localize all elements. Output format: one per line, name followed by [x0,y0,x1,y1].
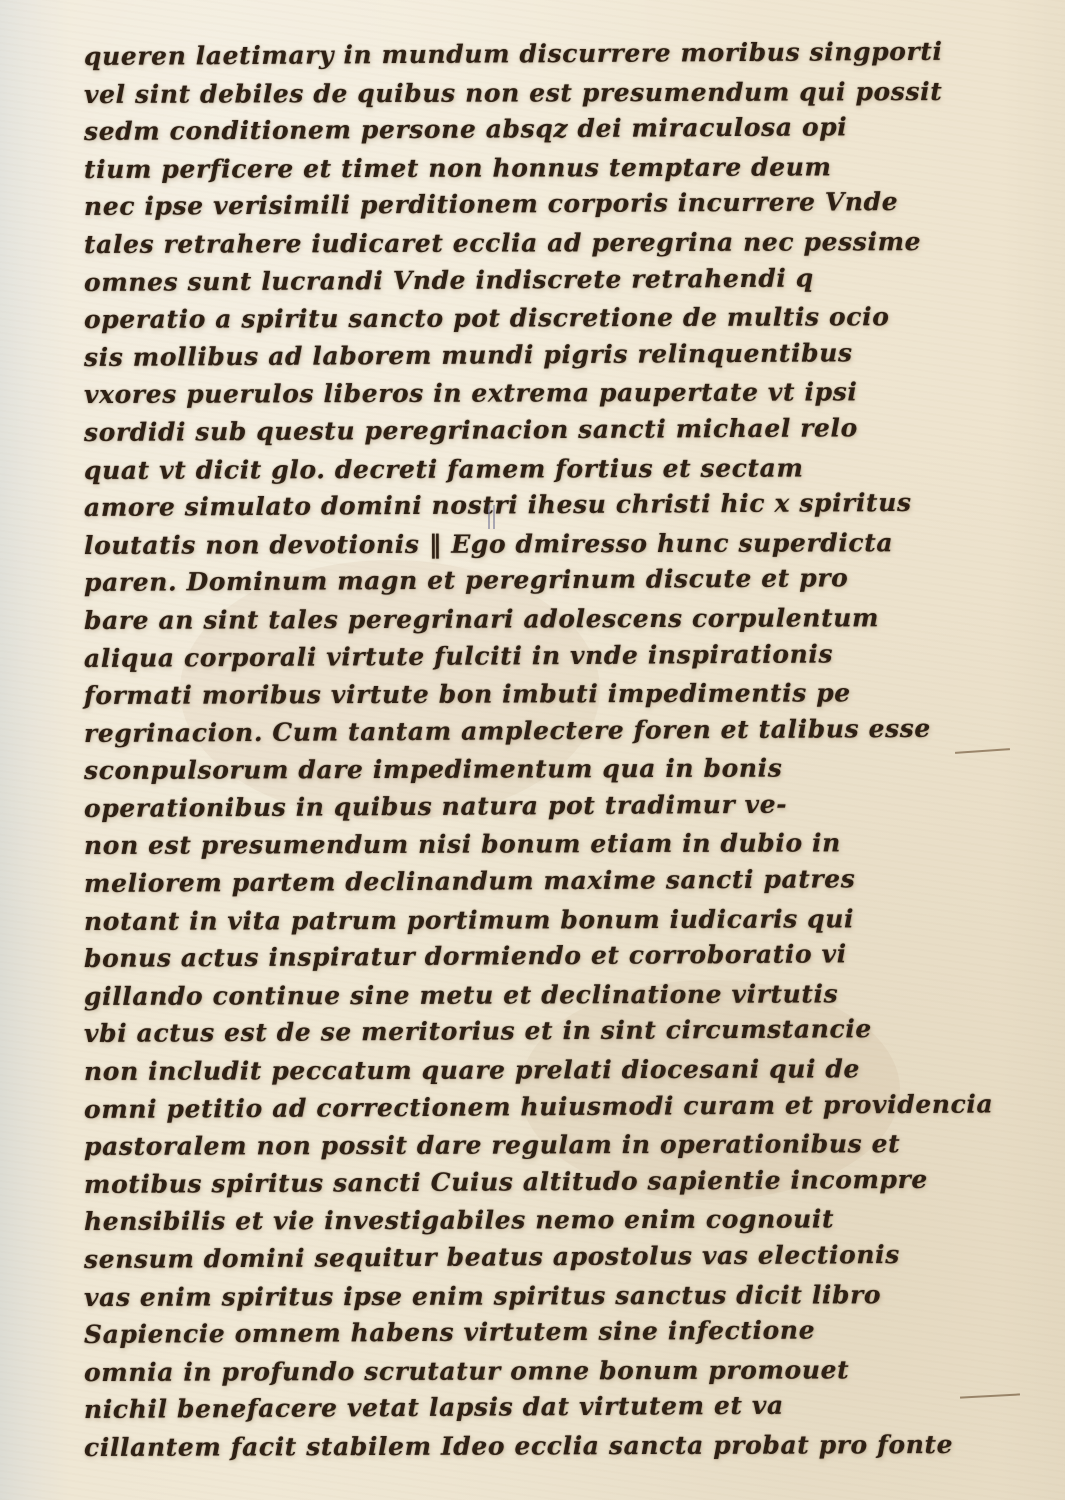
text-line: aliqua corporali virtute fulciti in vnde… [84,634,984,677]
text-line: vel sint debiles de quibus non est presu… [84,72,984,113]
text-line: queren laetimary in mundum discurrere mo… [84,33,984,76]
text-line: meliorem partem declinandum maxime sanct… [84,860,984,903]
text-line: sis mollibus ad laborem mundi pigris rel… [84,333,984,376]
text-line: regrinacion. Cum tantam amplectere foren… [84,709,984,752]
text-line: quat vt dicit glo. decreti famem fortius… [84,448,984,489]
text-line: omnia in profundo scrutatur omne bonum p… [84,1351,984,1392]
text-line: pastoralem non possit dare regulam in op… [84,1125,984,1166]
text-line: sordidi sub questu peregrinacion sancti … [84,408,984,451]
text-line: amore simulato domini nostri ihesu chris… [84,484,984,527]
text-line: bonus actus inspiratur dormiendo et corr… [84,935,984,978]
text-line: non est presumendum nisi bonum etiam in … [84,824,984,865]
text-line: sconpulsorum dare impedimentum qua in bo… [84,749,984,790]
text-line: omni petitio ad correctionem huiusmodi c… [84,1085,984,1128]
text-line: operationibus in quibus natura pot tradi… [84,784,984,827]
text-line: sensum domini sequitur beatus apostolus … [84,1236,984,1279]
text-line: non includit peccatum quare prelati dioc… [84,1050,984,1091]
text-line: tales retrahere iudicaret ecclia ad pere… [84,223,984,264]
text-line: vas enim spiritus ipse enim spiritus san… [84,1275,984,1316]
text-line: gillando continue sine metu et declinati… [84,975,984,1016]
text-line: operatio a spiritu sancto pot discretion… [84,298,984,339]
manuscript-page: queren laetimary in mundum discurrere mo… [0,0,1065,1500]
manuscript-text-block: queren laetimary in mundum discurrere mo… [84,38,984,1467]
text-line: bare an sint tales peregrinari adolescen… [84,599,984,640]
text-line: nichil benefacere vetat lapsis dat virtu… [84,1386,984,1429]
text-line: tium perficere et timet non honnus tempt… [84,148,984,189]
text-line: formati moribus virtute bon imbuti imped… [84,674,984,715]
text-line: sedm conditionem persone absqz dei mirac… [84,108,984,151]
text-line: loutatis non devotionis ‖ Ego dmiresso h… [84,524,984,565]
text-line: vbi actus est de se meritorius et in sin… [84,1010,984,1053]
text-line: Sapiencie omnem habens virtutem sine inf… [84,1311,984,1354]
paragraph-mark-icon [488,505,495,529]
text-line: vxores puerulos liberos in extrema paupe… [84,373,984,414]
text-line: cillantem facit stabilem Ideo ecclia san… [84,1426,984,1467]
text-line: hensibilis et vie investigabiles nemo en… [84,1200,984,1241]
text-line: notant in vita patrum portimum bonum iud… [84,900,984,941]
text-line: paren. Dominum magn et peregrinum discut… [84,559,984,602]
text-line: nec ipse verisimili perditionem corporis… [84,183,984,226]
text-line: omnes sunt lucrandi Vnde indiscrete retr… [84,258,984,301]
text-line: motibus spiritus sancti Cuius altitudo s… [84,1160,984,1203]
